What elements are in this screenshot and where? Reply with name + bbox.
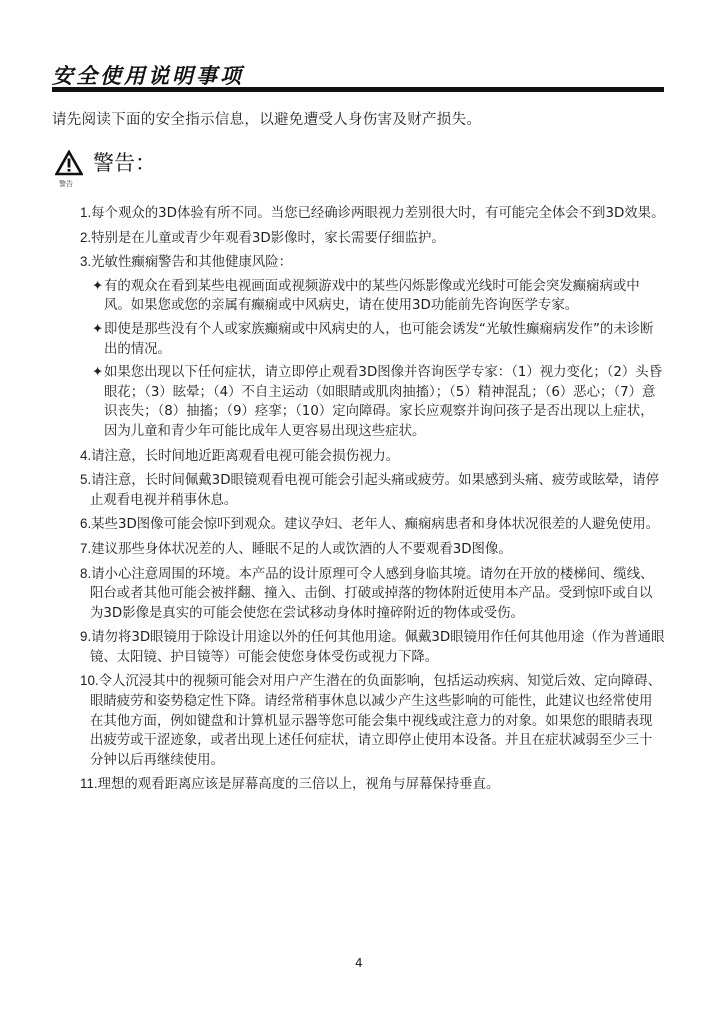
sub-item-1: ✦有的观众在看到某些电视画面或视频游戏中的某些闪烁影像或光线时可能会突发癫痫病或… xyxy=(92,277,665,316)
list-item-5: 5.请注意，长时间佩戴3D眼镜观看电视可能会引起头痛或疲劳。如果感到头痛、疲劳或… xyxy=(80,470,665,510)
star-bullet-icon: ✦ xyxy=(92,277,104,297)
sub-item-3: ✦如果您出现以下任何症状，请立即停止观看3D图像并咨询医学专家：（1）视力变化；… xyxy=(92,363,665,441)
warning-icon-caption: 警告 xyxy=(59,179,73,189)
section-title: 安全使用说明事项 xyxy=(52,60,244,90)
intro-text: 请先阅读下面的安全指示信息，以避免遭受人身伤害及财产损失。 xyxy=(52,108,481,129)
list-item-6: 6.某些3D图像可能会惊吓到观众。建议孕妇、老年人、癫痫病患者和身体状况很差的人… xyxy=(80,514,665,535)
list-item-8: 8.请小心注意周围的环境。本产品的设计原理可令人感到身临其境。请勿在开放的楼梯间… xyxy=(80,564,665,624)
list-item-9: 9.请勿将3D眼镜用于除设计用途以外的任何其他用途。佩戴3D眼镜用作任何其他用途… xyxy=(80,627,665,667)
title-rule xyxy=(52,87,664,92)
sub-item-2: ✦即使是那些没有个人或家族癫痫或中风病史的人，也可能会诱发“光敏性癫痫病发作”的… xyxy=(92,320,665,359)
list-item-1: 1.每个观众的3D体验有所不同。当您已经确诊两眼视力差别很大时，有可能完全体会不… xyxy=(80,203,665,224)
list-item-10: 10.令人沉浸其中的视频可能会对用户产生潜在的负面影响，包括运动疾病、知觉后效、… xyxy=(80,671,665,770)
safety-list: 1.每个观众的3D体验有所不同。当您已经确诊两眼视力差别很大时，有可能完全体会不… xyxy=(80,203,665,799)
list-item-2: 2.特别是在儿童或青少年观看3D影像时，家长需要仔细监护。 xyxy=(80,228,665,249)
list-item-7: 7.建议那些身体状况差的人、睡眠不足的人或饮酒的人不要观看3D图像。 xyxy=(80,539,665,560)
warning-heading: 警告： xyxy=(93,147,156,177)
list-item-3: 3.光敏性癫痫警告和其他健康风险： xyxy=(80,252,665,273)
page-number: 4 xyxy=(355,956,363,970)
list-item-11: 11.理想的观看距离应该是屏幕高度的三倍以上，视角与屏幕保持垂直。 xyxy=(80,774,665,795)
list-item-4: 4.请注意，长时间地近距离观看电视可能会损伤视力。 xyxy=(80,446,665,467)
warning-triangle-icon xyxy=(55,150,83,176)
star-bullet-icon: ✦ xyxy=(92,363,104,383)
star-bullet-icon: ✦ xyxy=(92,320,104,340)
